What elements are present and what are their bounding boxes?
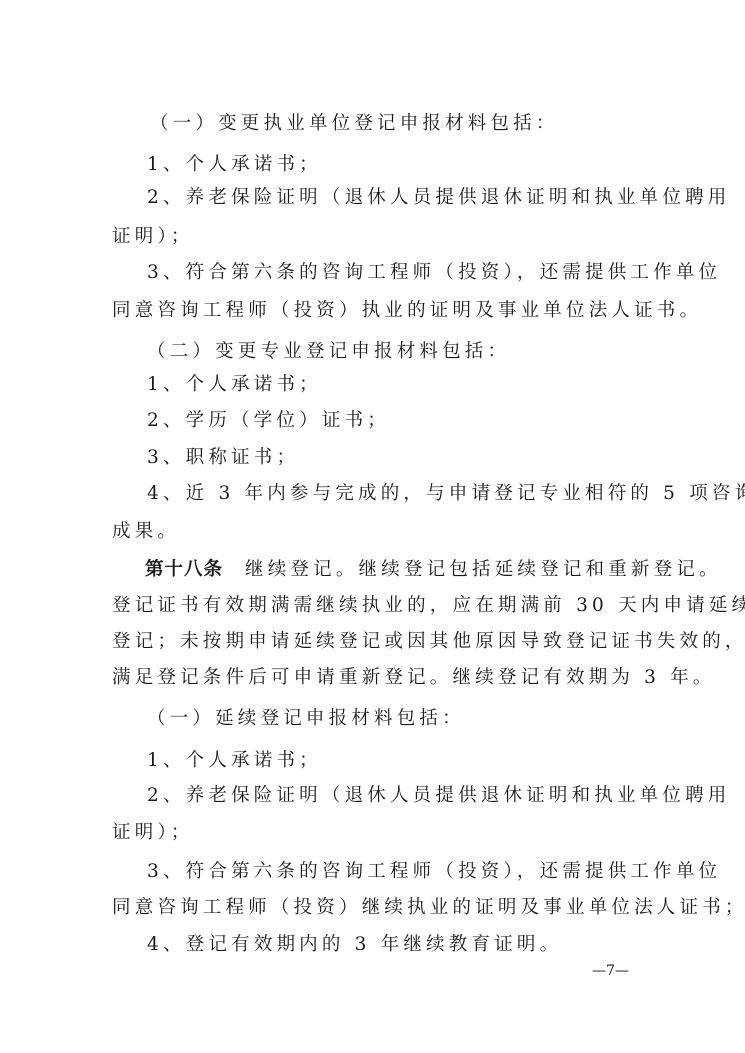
text-line: （一）变更执业单位登记申报材料包括： [150,112,559,136]
text-line: 4、近 3 年内参与完成的，与申请登记专业相符的 5 项咨询 [147,482,745,506]
text-line: 登记；未按期申请延续登记或因其他原因导致登记证书失效的， [112,630,745,654]
text-line: 同意咨询工程师（投资）执业的证明及事业单位法人证书。 [112,299,702,323]
text-line: 4、登记有效期内的 3 年继续教育证明。 [147,933,562,957]
text-line: 1、个人承诺书； [147,749,322,773]
text-line: 3、符合第六条的咨询工程师（投资），还需提供工作单位 [147,860,721,884]
text-line: （一）延续登记申报材料包括： [147,707,465,731]
text-line: 2、养老保险证明（退休人员提供退休证明和执业单位聘用 [147,186,730,210]
text-line: 2、养老保险证明（退休人员提供退休证明和执业单位聘用 [147,784,730,808]
text-line: 证明）； [112,821,194,845]
text-line: （二）变更专业登记申报材料包括： [147,340,510,364]
text-line: 2、学历（学位）证书； [147,409,390,433]
text-line: 同意咨询工程师（投资）继续执业的证明及事业单位法人证书； [112,896,745,920]
article-heading: 第十八条 [145,559,223,580]
text-line: 3、职称证书； [147,446,299,470]
text-line: 成果。 [112,520,180,544]
text-line: 证明）； [112,225,194,249]
article-line: 第十八条继续登记。继续登记包括延续登记和重新登记。 [145,558,722,582]
text-line: 1、个人承诺书； [147,153,322,177]
text-line: 1、个人承诺书； [147,373,322,397]
text-line: 满足登记条件后可申请重新登记。继续登记有效期为 3 年。 [112,666,716,690]
page-number: —7— [592,963,629,979]
text-line: 登记证书有效期满需继续执业的，应在期满前 30 天内申请延续 [112,594,745,618]
text-line: 3、符合第六条的咨询工程师（投资），还需提供工作单位 [147,261,721,285]
article-text: 继续登记。继续登记包括延续登记和重新登记。 [245,559,722,580]
